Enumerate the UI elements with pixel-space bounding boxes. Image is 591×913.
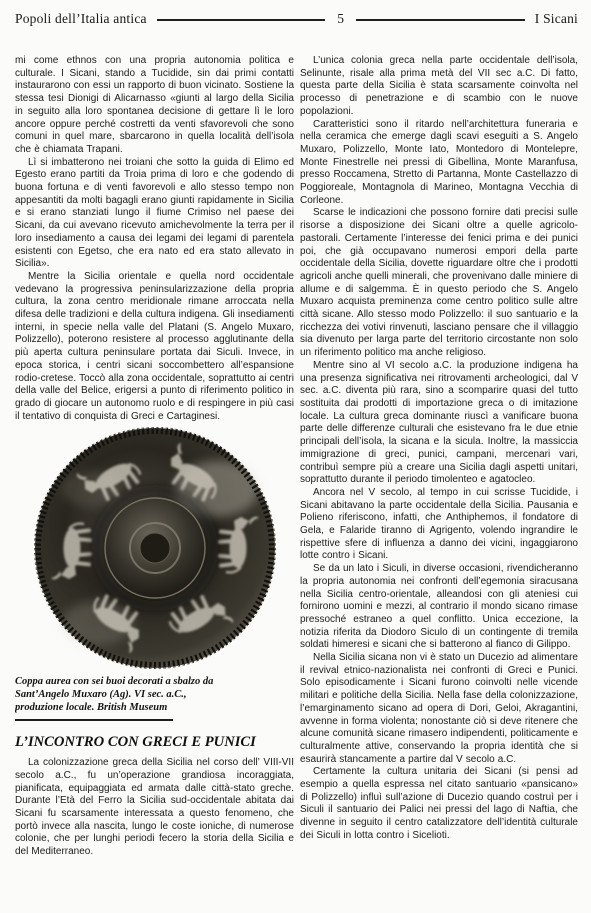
gold-cup-photo [34,427,276,669]
paragraph: Mentre la Sicilia orientale e quella nor… [15,271,294,423]
paragraph: mi come ethnos con una propria autonomia… [15,55,294,157]
paragraph: Nella Sicilia sicana non vi è stato un D… [300,652,578,766]
caption-rule [15,719,173,721]
paragraph: La colonizzazione greca della Sicilia ne… [15,757,294,859]
running-head: Popoli dell’Italia antica 5 I Sicani [15,11,578,27]
right-column: L’unica colonia greca nella parte occide… [300,55,578,907]
paragraph: Se da un lato i Siculi, in diverse occas… [300,563,578,652]
running-head-left: Popoli dell’Italia antica [15,11,147,27]
paragraph: Caratteristici sono il ritardo nell’arch… [300,119,578,208]
header-rule-left [157,19,326,21]
running-head-right: I Sicani [535,11,578,27]
paragraph: Certamente la cultura unitaria dei Sican… [300,766,578,842]
section-heading: L’INCONTRO CON GRECI E PUNICI [15,734,294,751]
header-rule-right [356,19,525,21]
paragraph: Ancora nel V secolo, al tempo in cui scr… [300,487,578,563]
gold-cup-illustration [34,427,276,669]
paragraph: Mentre sino al VI secolo a.C. la produzi… [300,360,578,487]
figure: Coppa aurea con sei buoi decorati a sbal… [15,427,294,721]
paragraph: Scarse le indicazioni che possono fornir… [300,207,578,359]
paragraph: L’unica colonia greca nella parte occide… [300,55,578,119]
paragraph: Lì si imbatterono nei troiani che sotto … [15,157,294,271]
page-number: 5 [335,11,346,27]
figure-caption: Coppa aurea con sei buoi decorati a sbal… [15,676,233,714]
left-column: mi come ethnos con una propria autonomia… [15,55,294,905]
